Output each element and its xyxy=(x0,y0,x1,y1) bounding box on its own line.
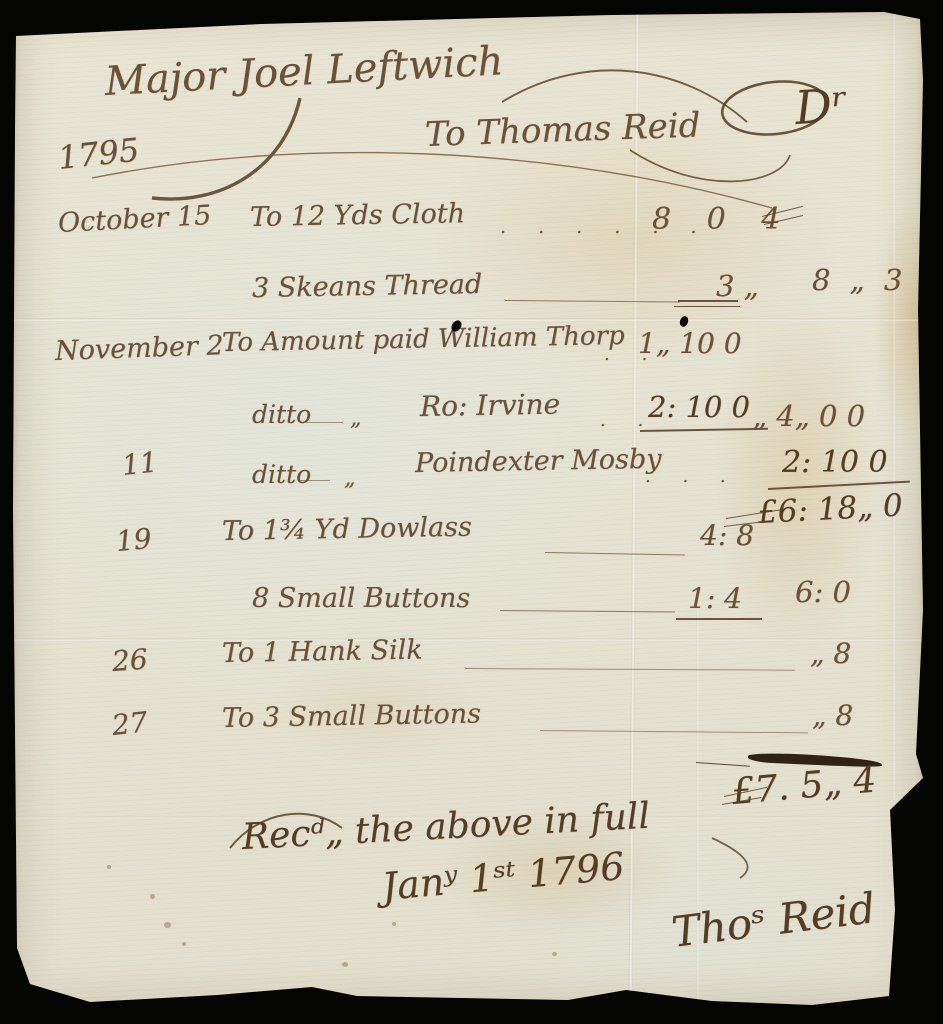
ink-rule xyxy=(300,480,330,481)
fox-spot xyxy=(164,922,171,928)
entry-amount: 2: 10 0 xyxy=(648,393,750,422)
entry-amount: „ 8 xyxy=(810,640,851,668)
entry-item2: Ro: Irvine xyxy=(420,391,561,421)
entry-item: To 12 Yds Cloth xyxy=(250,200,465,231)
entry-item: To 1 Hank Silk xyxy=(222,637,423,667)
fox-spot xyxy=(342,962,348,967)
entry-amount: 3 „ xyxy=(716,272,759,301)
ink-rule xyxy=(505,300,680,303)
total-amount: £7. 5„ 4 xyxy=(730,762,877,810)
signature: Thoˢ Reid xyxy=(669,887,877,954)
fox-spot xyxy=(182,942,186,946)
ditto-mark: „ xyxy=(350,408,361,430)
entry-date: 26 xyxy=(111,646,149,676)
entry-item: ditto xyxy=(252,402,311,427)
reid-underloop-flourish xyxy=(630,150,790,181)
entry-item: 3 Skeans Thread xyxy=(252,271,483,302)
ditto-mark: „ xyxy=(344,468,355,490)
entry-amount: 6: 0 xyxy=(795,578,851,607)
entry-amount: 1„ 10 0 xyxy=(638,330,742,358)
entry-amount: 8 0 4 xyxy=(652,205,780,235)
year-label: 1795 xyxy=(56,134,140,174)
entry-date: 11 xyxy=(121,448,159,480)
entry-item: 8 Small Buttons xyxy=(252,585,470,612)
right-edge-crease xyxy=(892,10,896,800)
entry-amount: „ 4„ 0 0 xyxy=(752,402,865,431)
leader-dots: . . . xyxy=(645,468,739,486)
fox-spot xyxy=(107,865,111,869)
amount-underline xyxy=(674,306,740,307)
fox-spot xyxy=(392,922,396,926)
entry-item: To 1¾ Yd Dowlass xyxy=(222,514,472,545)
creditor-line: To Thomas Reid xyxy=(424,108,701,152)
entry-amount: 8 „ 3 xyxy=(812,266,902,295)
ink-rule xyxy=(545,552,685,555)
debit-mark: Dʳ xyxy=(793,81,849,131)
ink-rule xyxy=(465,668,795,671)
ink-rule xyxy=(540,730,808,733)
addressee-line: Major Joel Leftwich xyxy=(104,41,504,102)
entry-item: To Amount paid William Thorp xyxy=(222,323,625,356)
vertical-fold-crease xyxy=(629,10,640,1010)
entry-amount: 2: 10 0 xyxy=(782,448,888,478)
ink-rule xyxy=(305,422,343,423)
full-tail-flourish xyxy=(712,838,748,878)
amount-underline xyxy=(678,300,738,302)
receipt-paper: Major Joel Leftwich To Thomas Reid Dʳ 17… xyxy=(12,10,924,1010)
entry-date: October 15 xyxy=(57,202,212,237)
entry-item: ditto xyxy=(252,462,311,487)
entry-amount: „ 8 xyxy=(812,702,853,730)
amount-underline xyxy=(676,618,762,620)
entry-date: 27 xyxy=(111,708,149,740)
heavy-stroke-tail xyxy=(696,762,750,767)
ink-rule xyxy=(500,610,675,613)
entry-amount: 4: 8 xyxy=(700,522,754,550)
scan-background: Major Joel Leftwich To Thomas Reid Dʳ 17… xyxy=(0,0,943,1024)
receipt-date-line: Janʸ 1ˢᵗ 1796 xyxy=(380,847,625,906)
fox-spot xyxy=(552,952,557,956)
entry-date: 19 xyxy=(115,525,153,556)
entry-item2: Poindexter Mosby xyxy=(415,446,662,477)
horizontal-fold-crease-2 xyxy=(12,638,924,642)
horizontal-fold-crease-1 xyxy=(12,318,924,322)
entry-amount: 1: 4 xyxy=(688,585,742,613)
fox-spot xyxy=(150,894,155,899)
entry-date: November 2 xyxy=(55,332,224,365)
amount-underline xyxy=(640,428,768,432)
entry-item: To 3 Small Buttons xyxy=(222,700,481,732)
capital-j-descender-stroke xyxy=(152,98,300,199)
